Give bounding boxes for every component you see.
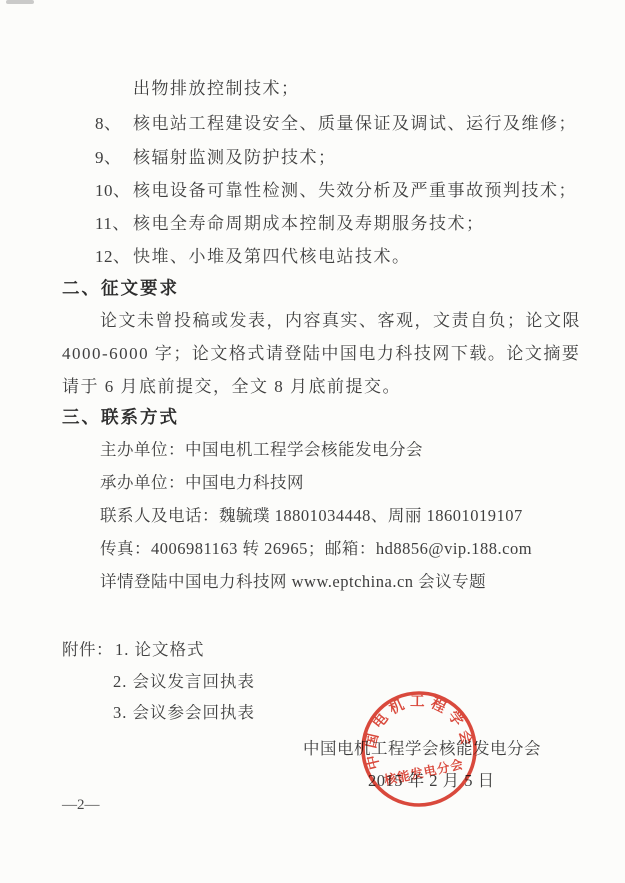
list-item-number: 11、 bbox=[95, 214, 133, 234]
list-item: 10、核电设备可靠性检测、失效分析及严重事故预判技术； bbox=[95, 181, 577, 201]
list-item-text: 快堆、小堆及第四代核电站技术。 bbox=[133, 247, 411, 266]
requirements-line: 4000-6000 字；论文格式请登陆中国电力科技网下载。论文摘要 bbox=[62, 344, 580, 364]
list-item-text: 核电全寿命周期成本控制及寿期服务技术； bbox=[133, 214, 485, 233]
attachment-item-text: 1. 论文格式 bbox=[115, 640, 205, 659]
attachment-item: 2. 会议发言回执表 bbox=[113, 672, 255, 692]
list-item-text: 核电设备可靠性检测、失效分析及严重事故预判技术； bbox=[133, 181, 577, 200]
attachment-item: 附件：1. 论文格式 bbox=[62, 640, 205, 660]
contact-line-fax-email: 传真：4006981163 转 26965；邮箱：hd8856@vip.188.… bbox=[100, 539, 532, 559]
list-item-text: 核辐射监测及防护技术； bbox=[133, 148, 337, 167]
official-seal-graphic: 中国电机工程学会 核能发电分会 bbox=[345, 675, 492, 822]
list-item-number: 8、 bbox=[95, 114, 133, 134]
official-seal: 中国电机工程学会 核能发电分会 bbox=[345, 675, 492, 822]
list-item: 12、快堆、小堆及第四代核电站技术。 bbox=[95, 247, 411, 267]
attachment-item: 3. 会议参会回执表 bbox=[113, 703, 255, 723]
seal-center-text: 核能发电分会 bbox=[382, 756, 465, 788]
section-title-contact: 三、联系方式 bbox=[62, 407, 179, 427]
requirements-line: 论文未曾投稿或发表，内容真实、客观，文责自负；论文限 bbox=[100, 311, 581, 331]
contact-line-organizer: 承办单位：中国电力科技网 bbox=[100, 473, 304, 493]
topic-continuation-line: 出物排放控制技术； bbox=[133, 79, 300, 99]
scan-artifact bbox=[6, 0, 34, 4]
list-item-number: 9、 bbox=[95, 148, 133, 168]
contact-line-host: 主办单位：中国电机工程学会核能发电分会 bbox=[100, 440, 423, 460]
list-item-text: 核电站工程建设安全、质量保证及调试、运行及维修； bbox=[133, 114, 577, 133]
contact-line-phone: 联系人及电话：魏毓璞 18801034448、周丽 18601019107 bbox=[100, 506, 523, 526]
requirements-line: 请于 6 月底前提交，全文 8 月底前提交。 bbox=[62, 377, 401, 397]
contact-line-website: 详情登陆中国电力科技网 www.eptchina.cn 会议专题 bbox=[100, 572, 486, 592]
attachments-label: 附件： bbox=[62, 640, 113, 659]
document-page: 出物排放控制技术； 8、核电站工程建设安全、质量保证及调试、运行及维修； 9、核… bbox=[0, 0, 625, 883]
list-item: 11、核电全寿命周期成本控制及寿期服务技术； bbox=[95, 214, 485, 234]
list-item-number: 12、 bbox=[95, 247, 133, 267]
page-number: —2— bbox=[62, 795, 100, 815]
section-title-requirements: 二、征文要求 bbox=[62, 278, 179, 298]
list-item: 8、核电站工程建设安全、质量保证及调试、运行及维修； bbox=[95, 114, 577, 134]
list-item: 9、核辐射监测及防护技术； bbox=[95, 148, 337, 168]
list-item-number: 10、 bbox=[95, 181, 133, 201]
